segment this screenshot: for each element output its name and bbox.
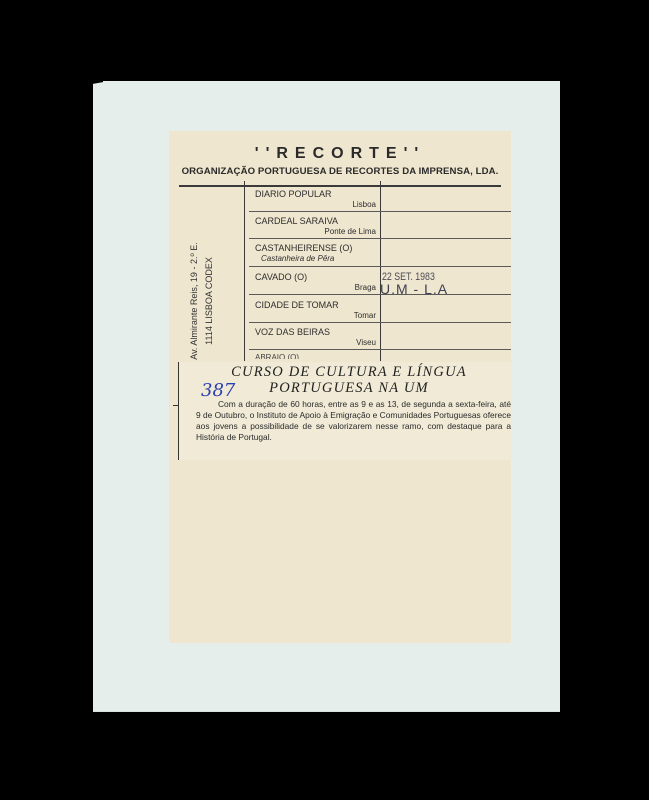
handwritten-annotation: U.M - L.A bbox=[380, 281, 448, 297]
headline-line-2: PORTUGUESA NA UM bbox=[219, 380, 479, 396]
publication-place: Lisboa bbox=[352, 200, 376, 209]
row-divider bbox=[249, 322, 511, 323]
article-body: Com a duração de 60 horas, entre as 9 e … bbox=[196, 399, 511, 443]
publication-place: Tomar bbox=[354, 311, 376, 320]
row-divider bbox=[249, 266, 511, 267]
article-paragraph: Com a duração de 60 horas, entre as 9 e … bbox=[196, 399, 511, 443]
publication-row: CASTANHEIRENSE (O) Castanheira de Pêra bbox=[249, 240, 380, 263]
publication-place: Viseu bbox=[356, 338, 376, 347]
handwritten-number: 387 bbox=[201, 380, 235, 401]
headline-line-1: CURSO DE CULTURA E LÍNGUA bbox=[219, 364, 479, 380]
publication-row: CARDEAL SARAIVA Ponte de Lima bbox=[249, 213, 380, 236]
publication-row: CIDADE DE TOMAR Tomar bbox=[249, 297, 380, 320]
table-middle-divider bbox=[380, 181, 381, 361]
publication-name: VOZ DAS BEIRAS bbox=[255, 327, 330, 337]
row-divider bbox=[249, 349, 511, 350]
margin-tick bbox=[173, 405, 179, 406]
publication-name-cutoff: ABRAIO (O) bbox=[255, 352, 299, 359]
agency-title: ''RECORTE'' bbox=[169, 145, 511, 163]
publication-row: VOZ DAS BEIRAS Viseu bbox=[249, 324, 380, 347]
publication-row: DIARIO POPULAR Lisboa bbox=[249, 186, 380, 209]
publication-name: DIARIO POPULAR bbox=[255, 189, 332, 199]
table-left-divider bbox=[244, 181, 245, 361]
row-divider bbox=[249, 238, 511, 239]
publication-row: CAVADO (O) Braga bbox=[249, 269, 380, 292]
publication-place: Braga bbox=[355, 283, 376, 292]
publication-name: CAVADO (O) bbox=[255, 272, 307, 282]
row-divider bbox=[249, 211, 511, 212]
publication-name: CIDADE DE TOMAR bbox=[255, 300, 339, 310]
publication-name: CARDEAL SARAIVA bbox=[255, 216, 338, 226]
article-headline: CURSO DE CULTURA E LÍNGUA PORTUGUESA NA … bbox=[219, 364, 479, 396]
press-clipping: ''RECORTE'' ORGANIZAÇÃO PORTUGUESA DE RE… bbox=[169, 131, 511, 643]
article-clipping: CURSO DE CULTURA E LÍNGUA PORTUGUESA NA … bbox=[178, 362, 512, 460]
agency-subtitle: ORGANIZAÇÃO PORTUGUESA DE RECORTES DA IM… bbox=[169, 166, 511, 177]
publication-name: CASTANHEIRENSE (O) bbox=[255, 243, 352, 253]
publication-place: Ponte de Lima bbox=[324, 227, 376, 236]
publication-place: Castanheira de Pêra bbox=[261, 254, 334, 263]
